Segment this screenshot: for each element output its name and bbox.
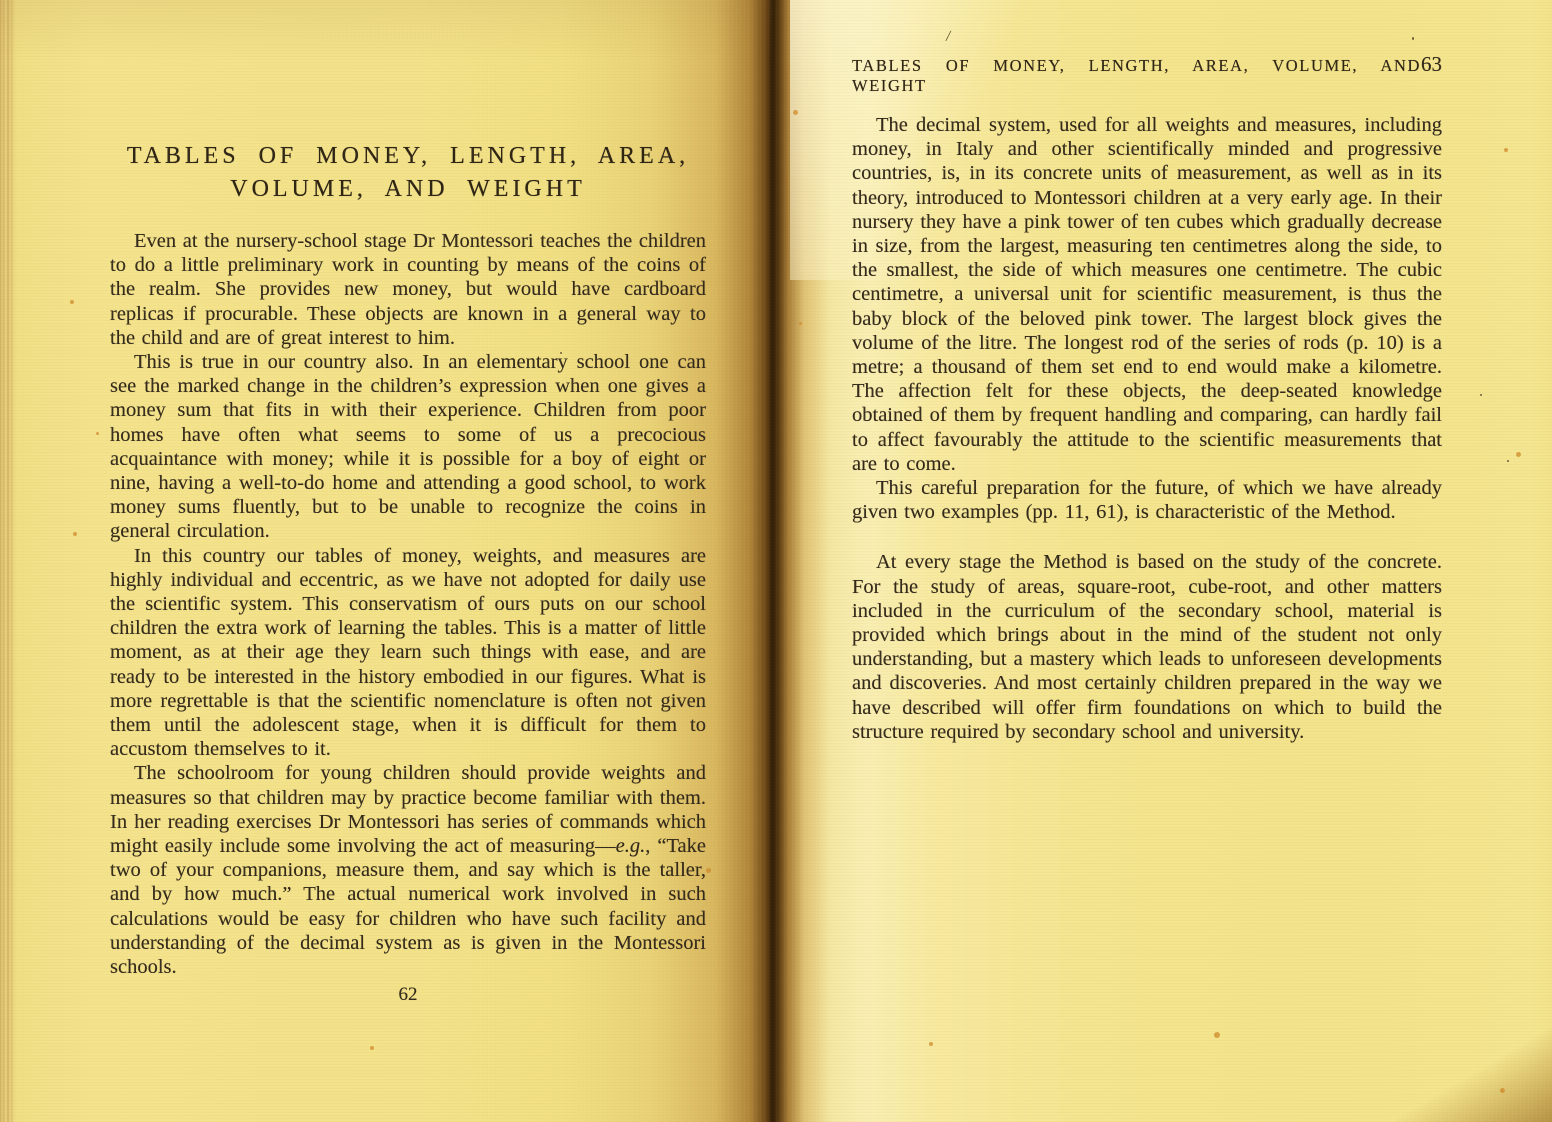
chapter-title: TABLES OF MONEY, LENGTH, AREA, VOLUME, A…: [110, 140, 706, 206]
page-number-left: 62: [110, 984, 706, 1006]
paragraph: The schoolroom for young children should…: [110, 761, 706, 979]
right-page-text-column: TABLES OF MONEY, LENGTH, AREA, VOLUME, A…: [852, 52, 1442, 744]
paragraph: This careful preparation for the future,…: [852, 476, 1442, 524]
paragraph: At every stage the Method is based on th…: [852, 550, 1442, 744]
left-page-body: Even at the nursery-school stage Dr Mont…: [110, 229, 706, 979]
chapter-title-line1: TABLES OF MONEY, LENGTH, AREA,: [110, 140, 706, 173]
book-spread: TABLES OF MONEY, LENGTH, AREA, VOLUME, A…: [0, 0, 1552, 1122]
paragraph-text: Even at the nursery-school stage Dr Mont…: [110, 230, 706, 349]
paragraph-text: This is true in our country also. In an …: [110, 351, 706, 542]
paragraph-text: The decimal system, used for all weights…: [852, 114, 1442, 475]
paragraph: In this country our tables of money, wei…: [110, 544, 706, 762]
running-header: TABLES OF MONEY, LENGTH, AREA, VOLUME, A…: [852, 52, 1442, 96]
paragraph: This is true in our country also. In an …: [110, 350, 706, 544]
chapter-title-line2: VOLUME, AND WEIGHT: [110, 173, 706, 206]
page-number-right: 63: [1421, 52, 1442, 77]
stacked-page-edges: [0, 0, 14, 1122]
paragraph-text: This careful preparation for the future,…: [852, 477, 1442, 523]
right-page-body: The decimal system, used for all weights…: [852, 113, 1442, 744]
left-page-text-column: TABLES OF MONEY, LENGTH, AREA, VOLUME, A…: [110, 140, 706, 1006]
paragraph-text: At every stage the Method is based on th…: [852, 551, 1442, 742]
running-header-title: TABLES OF MONEY, LENGTH, AREA, VOLUME, A…: [852, 56, 1421, 96]
italic-abbreviation: e.g.: [616, 835, 646, 857]
paragraph-text: In this country our tables of money, wei…: [110, 545, 706, 761]
paragraph: The decimal system, used for all weights…: [852, 113, 1442, 476]
paragraph: Even at the nursery-school stage Dr Mont…: [110, 229, 706, 350]
